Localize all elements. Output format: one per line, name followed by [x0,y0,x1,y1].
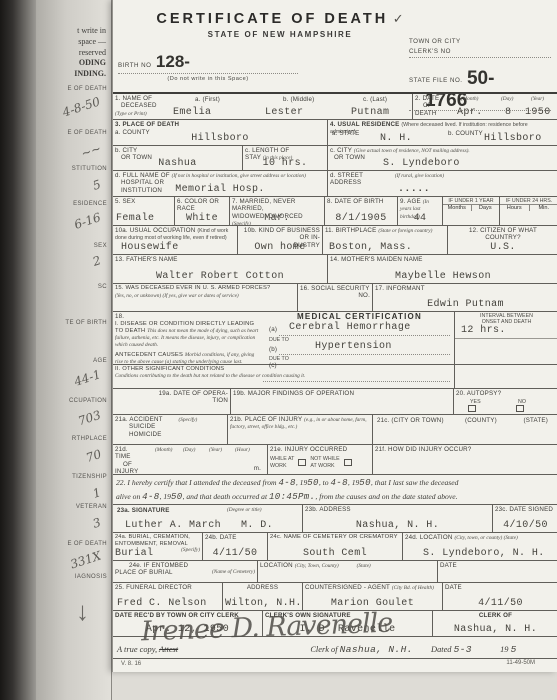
field-name-of-deceased: 1. NAME OF DECEASED (Type or Print) a. (… [113,94,413,119]
margin-handwriting: 703 [76,408,102,428]
age-value: 44 [398,213,442,224]
physician-address-label: 23b. ADDRESS [303,505,492,513]
dod-label: 2. DATE [415,95,439,102]
field-informant: 17. INFORMANT Edwin Putnam [373,284,557,311]
field-physician-address: 23b. ADDRESS Nashua, N. H. [303,505,493,532]
res-city-sub: (Give actual town of residence, NOT mail… [354,148,470,154]
informant-label: 17. INFORMANT [373,284,557,292]
age-label: 9. AGE [400,198,421,205]
cert-text: , 19 [160,492,171,501]
certificate-form: 1. NAME OF DECEASED (Type or Print) a. (… [113,92,557,659]
while-at-work-label2: WORK [270,463,286,469]
hospital-value: Memorial Hosp. [113,184,327,195]
attended-from-value: 4-8 [278,478,295,488]
margin-label: CCUPATION [69,398,107,404]
birthplace-sub: (State or foreign country) [378,228,432,234]
field-mother-name: 14. MOTHER'S MAIDEN NAME Maybelle Hewson [328,255,557,283]
margin-label: ESIDENCE [73,201,107,207]
res-city-label: c. CITY [330,147,352,154]
margin-note-line: space — [74,37,106,48]
margin-binding-note: t write in space — reserved ODING INDING… [74,26,106,80]
burial-label: 24a. BURIAL, CREMATION, [115,534,190,540]
dob-value: 8/1/1905 [325,213,397,224]
dod-label3: DEATH [415,110,437,117]
field-occupation: 10a. USUAL OCCUPATION (Kind of work done… [113,226,238,254]
cause-a-value: Cerebral Hemorrhage [289,322,411,333]
margin-handwriting: 5 [91,177,103,193]
father-label: 13. FATHER'S NAME [113,255,327,263]
while-at-work-checkbox [298,459,306,466]
hospital-label: d. FULL NAME OF [115,172,170,179]
margin-note-line: reserved [74,48,106,59]
degree-value: M. D. [241,520,273,531]
street-label: d. STREET [330,172,363,179]
field-cause-of-death-lines: MEDICAL CERTIFICATION (a) Cerebral Hemor… [265,312,454,364]
ssn-label2: NO. [358,292,370,299]
marital-label: 7. MARRIED, NEVER MARRIED, [232,198,296,212]
birthplace-value: Boston, Mass. [329,242,412,253]
certificate-header: CERTIFICATE OF DEATH ✓ STATE OF NEW HAMP… [113,10,447,39]
clerk-of-label: CLERK OF [433,611,557,619]
field-date-of-operation: 19a. DATE OF OPERA- TION [113,389,231,414]
handwritten-arrow: ↓ [76,596,89,627]
name-label2: DECEASED [115,102,157,109]
do-not-write-note: (Do not write in this Space) [118,76,298,82]
interval-value: 12 hrs. [461,325,506,336]
business-label: 10b. KIND OF BUSINESS OR IN- [244,227,320,241]
suicide-label: SUICIDE [115,423,156,430]
field-if-under-24-hrs: IF UNDER 24 HRS. Hours Min. [500,197,557,225]
burial-location-sub: (City, Town, County) [295,563,339,569]
certificate-paper: CERTIFICATE OF DEATH ✓ STATE OF NEW HAMP… [112,0,557,672]
attended-to-value: 4-8 [330,478,347,488]
injury-state-label: (STATE) [521,416,550,424]
injury-year-label: (Year) [207,446,224,453]
informant-value: Edwin Putnam [373,299,557,310]
margin-handwriting: 2 [91,253,103,269]
if-entombed-label: 24e. IF ENTOMBED [115,562,188,569]
margin-label: E OF DEATH [67,86,107,92]
field-age: 9. AGE (In years last birthday) 44 [398,197,443,225]
field-residence-city: c. CITY (Give actual town of residence, … [328,146,557,170]
physician-address-value: Nashua, N. H. [303,520,492,531]
time-of-injury-label2: OF [115,461,132,468]
injury-day-label: (Day) [181,446,197,453]
residence-county-value: Hillsboro [484,133,542,144]
field-burial-location-date: DATE [438,561,557,582]
field-date-signed: 23c. DATE SIGNED 4/10/50 [493,505,557,532]
field-injury-occurred: 21e. INJURY OCCURRED WHILE AT WORK NOT W… [268,445,373,474]
field-ssn: 16. SOCIAL SECURITY NO. [298,284,373,311]
last-seen-alive-value: 4-8 [142,492,159,502]
year-prefix: 19 [500,645,508,654]
margin-handwriting: 44-1 [73,367,103,389]
burial-location-label: LOCATION [260,562,293,569]
clerk-of-value: Nashua, N. H. [433,624,557,635]
cemetery-location-sub: (City, town, or county) (State) [454,535,517,541]
injury-occurred-label: 21e. INJURY OCCURRED [268,445,372,453]
field-place-of-death: 3. PLACE OF DEATH a. COUNTY Hillsboro [113,120,328,145]
place-of-burial-label: PLACE OF BURIAL [115,569,173,576]
length-of-stay-value: 10 hrs. [243,158,327,169]
month-label: (Month) [459,95,480,102]
field-countersigned-date: DATE 4/11/50 [443,583,557,610]
degree-label: (Degree or title) [225,506,264,513]
residence-city-value: S. Lyndeboro [383,158,460,169]
how-injury-label: 21f. HOW DID INJURY OCCUR? [373,445,557,453]
street-value: ..... [398,184,430,195]
autopsy-yes-checkbox [468,405,476,412]
clerks-no-label: CLERK'S NO [409,48,551,58]
fd-address-value: Wilton, N.H. [225,598,302,609]
countersigned-date-value: 4/11/50 [443,598,557,609]
marital-value: Mar. [230,213,324,224]
margin-label: VETERAN [76,504,107,510]
dod-day-value: 8 [505,107,511,118]
margin-note-line: t write in [74,26,106,37]
field-cause-of-death-instructions: 18. I. DISEASE OR CONDITION DIRECTLY LEA… [113,312,265,364]
days-label: Days [472,205,500,211]
under24-label: IF UNDER 24 HRS. [500,197,557,205]
city-value: Nashua [113,158,242,169]
date-signed-label: 23c. DATE SIGNED [493,505,557,513]
margin-label: IAGNOSIS [75,574,107,580]
book-binding-edge [0,0,36,700]
margin-handwriting: 1 [91,485,103,501]
injury-county-label: (COUNTY) [463,416,499,424]
residence-state-value: N. H. [380,133,412,144]
field-color-or-race: 6. COLOR OR RACE White [175,197,230,225]
birth-no-label: BIRTH NO [118,62,151,69]
margin-label: SC [98,284,107,290]
field-marital-status: 7. MARRIED, NEVER MARRIED, WIDOWED, DIVO… [230,197,325,225]
medical-certification-heading: MEDICAL CERTIFICATION [265,312,454,321]
cert-text: , 19 [296,478,307,487]
margin-handwriting: 3 [91,515,103,531]
name-label: 1. NAME OF [115,95,152,102]
year-digit: 5 [511,644,517,655]
margin-note-line: ODING [74,58,106,69]
field-business: 10b. KIND OF BUSINESS OR IN- DUSTRY Own … [238,226,323,254]
citizen-value: U.S. [448,242,557,253]
field-place-of-injury: 21b. PLACE OF INJURY (e.g., in or about … [228,415,373,444]
armed-forces-sub2: (If yes, give war or dates of service) [162,293,238,299]
field-hospital: d. FULL NAME OF (If not in hospital or i… [113,171,328,196]
field-usual-residence: 4. USUAL RESIDENCE (Where deceased lived… [328,120,557,145]
state-label: a. STATE [330,129,362,137]
birthplace-label: 11. BIRTHPLACE [325,227,376,234]
death-time-value: 10:45 [269,492,298,502]
field-funeral-director: 25. FUNERAL DIRECTOR Fred C. Nelson [113,583,223,610]
injury-month-label: (Month) [153,446,174,453]
field-funeral-director-address: ADDRESS Wilton, N.H. [223,583,303,610]
last-label: c. (Last) [361,95,389,103]
name-of-cemetery-sub: (Name of Cemetery) [212,569,255,575]
margin-label: AGE [93,358,107,364]
margin-handwriting: 6-16 [73,210,103,232]
not-while-at-work-label2: AT WORK [310,463,334,469]
field-burial-date: 24b. DATE 4/11/50 [203,533,268,560]
field-city-of-death: b. CITY OR TOWN Nashua [113,146,243,170]
occupation-label: 10a. USUAL OCCUPATION [115,227,195,234]
field-interval-continued [454,365,557,388]
middle-label: b. (Middle) [281,95,316,103]
last-seen-year: 50 [171,492,183,502]
funeral-director-value: Fred C. Nelson [117,598,207,609]
true-copy-town-value: Nashua, N.H. [340,644,413,655]
countersigned-sub: (City Bd. of Health) [392,585,434,591]
field-interval: INTERVAL BETWEEN ONSET AND DEATH 12 hrs. [454,312,557,364]
field-physician-certification: 22. I hereby certify that I attended the… [113,475,557,504]
countersigned-date-label: DATE [443,583,557,591]
place-of-death-label: 3. PLACE OF DEATH [113,120,327,128]
cemetery-label: 24c. NAME OF CEMETERY OR CREMATORY [268,533,402,541]
year-label: (Year) [529,95,546,102]
occupation-value: Housewife [121,242,179,253]
usual-residence-label: 4. USUAL RESIDENCE [330,121,400,128]
dod-year-value: 1950 [525,107,551,118]
ledger-margin-column: t write in space — reserved ODING INDING… [36,0,112,700]
field-if-under-1-year: IF UNDER 1 YEAR Months Days [443,197,500,225]
field-father-name: 13. FATHER'S NAME Walter Robert Cotton [113,255,328,283]
cert-text: , to [319,478,329,487]
dod-label2: OF [415,102,432,109]
field-date-of-death: 2. DATE OF DEATH (Month) (Day) (Year) Ap… [413,94,557,119]
field-accident-suicide-homicide: 21a. ACCIDENT (Specify) SUICIDE HOMICIDE [113,415,228,444]
margin-label: SEX [94,243,107,249]
city-label: b. CITY [115,147,137,154]
cemetery-location-value: S. Lyndeboro, N. H. [423,548,545,559]
field-countersigned-agent: COUNTERSIGNED - AGENT (City Bd. of Healt… [303,583,443,610]
burial-location-date-label: DATE [438,561,557,569]
countersigned-label: COUNTERSIGNED - AGENT [305,584,390,591]
months-label: Months [443,205,472,211]
margin-note-line: INDING. [74,69,106,80]
field-other-significant-conditions: II. OTHER SIGNIFICANT CONDITIONS Conditi… [113,365,454,388]
dated-value: 5-3 [454,644,472,655]
funeral-director-label: 25. FUNERAL DIRECTOR [113,583,222,591]
operation-date-label: 19a. DATE OF OPERA- [159,390,228,397]
field-time-of-injury: 21d. TIME OF INJURY (Month) (Day) (Year)… [113,445,268,474]
armed-forces-label: 15. WAS DECEASED EVER IN U. S. ARMED FOR… [113,284,297,292]
not-while-at-work-label: NOT WHILE [310,456,339,462]
citizen-label: 12. CITIZEN OF WHAT [469,227,537,234]
middle-name-value: Lester [265,107,303,118]
day-label: (Day) [499,95,515,102]
birth-no-value: 128- [156,52,190,71]
line-a-label: (a) [267,325,279,333]
physician-signature-value: Luther A. March [125,520,221,531]
margin-label: RTHPLACE [72,436,107,442]
citizen-label2: COUNTRY? [485,234,521,241]
antecedent-label: ANTECEDENT CAUSES [115,352,183,358]
state-file-label: STATE FILE NO. [409,77,463,84]
field-operation-findings: 19b. MAJOR FINDINGS OF OPERATION [231,389,454,414]
injury-hour-label: (Hour) [233,446,252,453]
margin-handwriting: 331X [68,548,102,571]
margin-label: E OF DEATH [67,541,107,547]
injury-city-label: 21c. (CITY OR TOWN) [375,416,446,424]
father-value: Walter Robert Cotton [113,271,327,282]
line-b-label: (b) [267,345,279,353]
race-value: White [175,213,229,224]
field-birthplace: 11. BIRTHPLACE (State or foreign country… [323,226,448,254]
operation-date-label2: TION [212,397,228,404]
margin-handwriting: 70 [84,447,103,465]
margin-label: TIZENSHIP [72,474,107,480]
field-sex: 5. SEX Female [113,197,175,225]
burial-label2: ENTOMBMENT, REMOVAL [115,541,188,547]
burial-date-value: 4/11/50 [203,548,267,559]
place-of-injury-label: 21b. PLACE OF INJURY [230,416,302,423]
time-of-injury-label: 21d. TIME [115,446,131,460]
field-cemetery-location: 24d. LOCATION (City, town, or county) (S… [403,533,557,560]
field-armed-forces: 15. WAS DECEASED EVER IN U. S. ARMED FOR… [113,284,298,311]
min-label: Min. [530,205,557,211]
town-or-city-label: TOWN OR CITY [409,38,551,45]
field-if-entombed: 24e. IF ENTOMBED PLACE OF BURIAL (Name o… [113,561,258,582]
sex-value: Female [116,213,154,224]
cemetery-value: South Ceml [268,548,402,559]
state-file-number: 50- [467,68,494,89]
res-city-label2: OR [330,154,344,161]
attended-to-year: 50 [359,478,371,488]
section-18-number: 18. [113,312,265,320]
margin-label: E OF DEATH [67,130,107,136]
margin-handwriting: 4-8-50 [61,94,102,119]
birth-number-box: BIRTH NO 128- (Do not write in this Spac… [118,52,298,82]
print-run-number: 11-49-50M [506,660,535,666]
operation-findings-label: 19b. MAJOR FINDINGS OF OPERATION [231,389,453,397]
name-sub: (Type or Print) [115,111,147,117]
not-while-at-work-checkbox [344,459,352,466]
date-signed-value: 4/10/50 [493,520,557,531]
cause-b-value: Hypertension [315,341,392,352]
field-autopsy: 20. AUTOPSY? YES NO [454,389,557,414]
hospital-sub: (If not in hospital or institution, give… [172,173,306,179]
autopsy-no-checkbox [516,405,524,412]
business-value: Own home [238,242,322,253]
dod-month-value: Apr. [457,107,483,118]
homicide-label: HOMICIDE [115,431,162,438]
place-county-value: Hillsboro [113,133,327,144]
interval-label1: INTERVAL BETWEEN [480,313,533,319]
field-how-injury-occurred: 21f. HOW DID INJURY OCCUR? [373,445,557,474]
cert-text: , and that death occurred at [183,492,268,501]
cert-text: alive on [116,492,140,501]
street-sub: (If rural, give location) [395,173,444,179]
injury-meridiem-label: m. [252,464,263,472]
hours-label: Hours [500,205,530,211]
field-clerk-of: CLERK OF Nashua, N. H. [433,611,557,636]
field-length-of-stay: c. LENGTH OF STAY (in this place) 10 hrs… [243,146,328,170]
res-county-label: b. COUNTY [446,129,485,137]
accident-sub: (Specify) [178,417,197,423]
certificate-title: CERTIFICATE OF DEATH [156,11,388,27]
field-burial-location: LOCATION (City, Town, County) (State) [258,561,438,582]
res-city-label3: TOWN [346,154,366,161]
last-name-value: Putnam [351,107,389,118]
street-label2: ADDRESS [330,179,361,186]
while-at-work-label: WHILE AT [270,456,294,462]
dob-label: 8. DATE OF BIRTH [325,197,397,205]
burial-location-state: (State) [357,563,371,569]
cert-text: , 19 [348,478,359,487]
cert-text: , that I last saw the deceased [371,478,459,487]
los-label: c. LENGTH OF [245,147,289,154]
cert-text: , from the causes and on the date stated… [315,492,457,501]
margin-handwriting: ~~ [79,141,102,161]
field-citizen: 12. CITIZEN OF WHAT COUNTRY? U.S. [448,226,557,254]
handwritten-checkmark: ✓ [393,12,404,27]
field-physician-signature: 23a. SIGNATURE (Degree or title) Luther … [113,505,303,532]
fd-address-label: ADDRESS [223,583,302,591]
mother-value: Maybelle Hewson [328,271,557,282]
form-version-number: V. 8. 16 [121,661,141,667]
certificate-subtitle: STATE OF NEW HAMPSHIRE [113,30,447,39]
dated-text: Dated [431,645,451,654]
other-conditions-label: II. OTHER SIGNIFICANT CONDITIONS [115,366,224,372]
autopsy-label: 20. AUTOPSY? [454,389,557,397]
field-burial-type: 24a. BURIAL, CREMATION, ENTOMBMENT, REMO… [113,533,203,560]
ssn-label: 16. SOCIAL SECURITY [300,285,370,292]
field-date-of-birth: 8. DATE OF BIRTH 8/1/1905 [325,197,398,225]
mother-label: 14. MOTHER'S MAIDEN NAME [328,255,557,263]
under1-label: IF UNDER 1 YEAR [443,197,499,205]
due-to-label: DUE TO [267,336,291,343]
margin-label: TE OF BIRTH [65,320,107,326]
sex-label: 5. SEX [113,197,174,205]
field-cemetery-name: 24c. NAME OF CEMETERY OR CREMATORY South… [268,533,403,560]
cert-text: 22. I hereby certify that I attended the… [116,478,277,487]
burial-value: Burial [115,548,153,559]
clerk-of-text: Clerk of [310,645,337,654]
margin-label: STITUTION [72,166,107,172]
signature-label: 23a. SIGNATURE [115,506,172,514]
accident-label: 21a. ACCIDENT [115,416,163,423]
other-conditions-italic: Conditions contributing to the death but… [115,373,305,379]
burial-date-label: 24b. DATE [203,533,267,541]
field-injury-city: 21c. (CITY OR TOWN) (COUNTY) (STATE) [373,415,557,444]
field-street-address: d. STREET (If rural, give location) ADDR… [328,171,557,196]
first-label: a. (First) [193,95,222,103]
first-name-value: Emelia [173,107,211,118]
race-label: 6. COLOR OR RACE [175,197,229,213]
cemetery-location-label: 24d. LOCATION [405,534,453,541]
armed-forces-sub1: (Yes, no, or unknown) [115,293,161,299]
death-time-ampm: Pm. [298,492,315,502]
burial-sub: (Specify) [181,547,200,553]
attended-from-year: 50 [307,478,319,488]
scanned-death-certificate: t write in space — reserved ODING INDING… [0,0,557,700]
